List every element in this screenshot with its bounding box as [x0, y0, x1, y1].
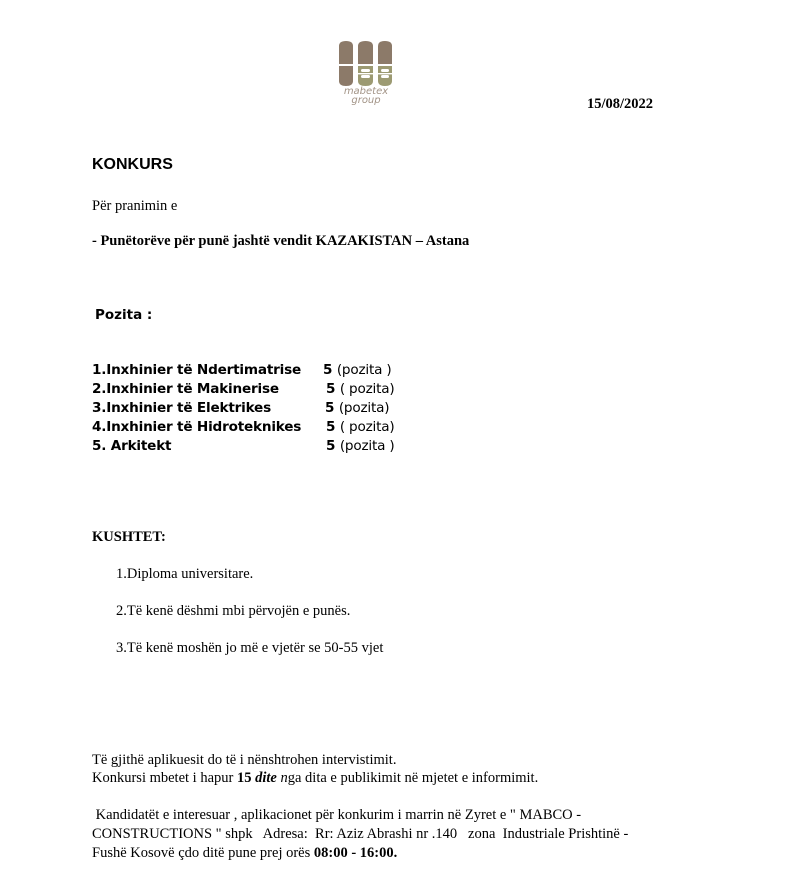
- positions-label: Pozita :: [95, 307, 152, 323]
- company-logo: mabetex group: [338, 40, 394, 106]
- position-name: 1.Inxhinier të Ndertimatrise: [92, 362, 301, 378]
- footer-interview-note: Të gjithë aplikuesit do të i nënshtrohen…: [92, 751, 396, 770]
- position-count-number: 5: [326, 381, 335, 397]
- office-hours-text: Fushë Kosovë çdo ditë pune prej orës: [92, 845, 314, 861]
- subject-line: - Punëtorëve për punë jashtë vendit KAZA…: [92, 233, 469, 250]
- deadline-unit: dite: [255, 770, 277, 786]
- intro-text: Për pranimin e: [92, 198, 177, 215]
- position-name: 4.Inxhinier të Hidroteknikes: [92, 419, 301, 435]
- position-count: 5 (pozita ): [323, 362, 391, 378]
- deadline-days: 15: [237, 770, 252, 786]
- conditions-label: KUSHTET:: [92, 529, 166, 546]
- position-count-number: 5: [326, 438, 335, 454]
- position-count-number: 5: [323, 362, 332, 378]
- position-count-number: 5: [325, 400, 334, 416]
- office-hours: 08:00 - 16:00.: [314, 845, 397, 861]
- document-date: 15/08/2022: [587, 96, 653, 113]
- deadline-n: n: [280, 770, 287, 786]
- position-count-unit: ( pozita): [340, 419, 395, 435]
- condition-item: 2.Të kenë dëshmi mbi përvojën e punës.: [116, 603, 350, 620]
- footer-address-line-2: CONSTRUCTIONS " shpk Adresa: Rr: Aziz Ab…: [92, 825, 628, 844]
- position-name: 5. Arkitekt: [92, 438, 171, 454]
- document-title: KONKURS: [92, 156, 173, 174]
- position-count-unit: ( pozita): [340, 381, 395, 397]
- footer-address-line-1: Kandidatët e interesuar , aplikacionet p…: [92, 806, 581, 825]
- footer-address-line-3: Fushë Kosovë çdo ditë pune prej orës 08:…: [92, 844, 397, 863]
- condition-item: 1.Diploma universitare.: [116, 566, 253, 583]
- position-count: 5 ( pozita): [326, 419, 394, 435]
- footer-deadline-note: Konkursi mbetet i hapur 15 dite nga dita…: [92, 769, 538, 788]
- mabetex-logo-icon: [338, 40, 394, 88]
- position-count: 5 ( pozita): [326, 381, 394, 397]
- position-count-unit: (pozita ): [337, 362, 392, 378]
- position-count: 5 (pozita ): [326, 438, 394, 454]
- position-count-unit: (pozita): [339, 400, 390, 416]
- position-count: 5 (pozita): [325, 400, 389, 416]
- deadline-rest: ga dita e publikimit në mjetet e informi…: [288, 770, 538, 786]
- position-count-number: 5: [326, 419, 335, 435]
- position-count-unit: (pozita ): [340, 438, 395, 454]
- logo-text-group: group: [338, 96, 394, 105]
- condition-item: 3.Të kenë moshën jo më e vjetër se 50-55…: [116, 640, 383, 657]
- deadline-text: Konkursi mbetet i hapur: [92, 770, 237, 786]
- position-name: 3.Inxhinier të Elektrikes: [92, 400, 271, 416]
- position-name: 2.Inxhinier të Makinerise: [92, 381, 279, 397]
